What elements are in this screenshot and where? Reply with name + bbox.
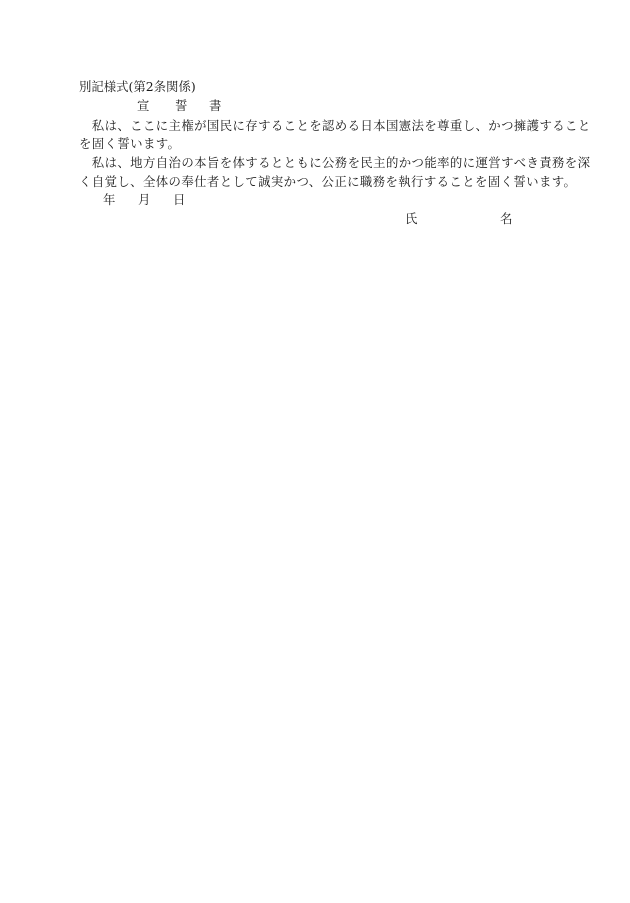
form-label: 別記様式(第2条関係) bbox=[79, 80, 196, 94]
signature-family-name: 氏 bbox=[405, 212, 417, 226]
paragraph2-line2: く自覚し、全体の奉仕者として誠実かつ、公正に職務を執行することを固く誓います。 bbox=[79, 175, 576, 189]
signature-given-name: 名 bbox=[500, 212, 512, 226]
paragraph1-line1: 私は、ここに主権が国民に存することを認める日本国憲法を尊重し、かつ擁護すること bbox=[79, 119, 591, 133]
title-char-sen: 宣 bbox=[137, 99, 149, 113]
date-year: 年 bbox=[103, 193, 115, 207]
paragraph1-line2: を固く誓います。 bbox=[79, 137, 180, 151]
date-month: 月 bbox=[138, 193, 150, 207]
title-char-sho: 書 bbox=[209, 99, 221, 113]
title-char-sei: 誓 bbox=[175, 99, 187, 113]
date-day: 日 bbox=[173, 193, 185, 207]
document-page: 別記様式(第2条関係) 宣 誓 書 私は、ここに主権が国民に存することを認める日… bbox=[0, 0, 630, 903]
paragraph2-line1: 私は、地方自治の本旨を体するとともに公務を民主的かつ能率的に運営すべき責務を深 bbox=[79, 156, 590, 170]
